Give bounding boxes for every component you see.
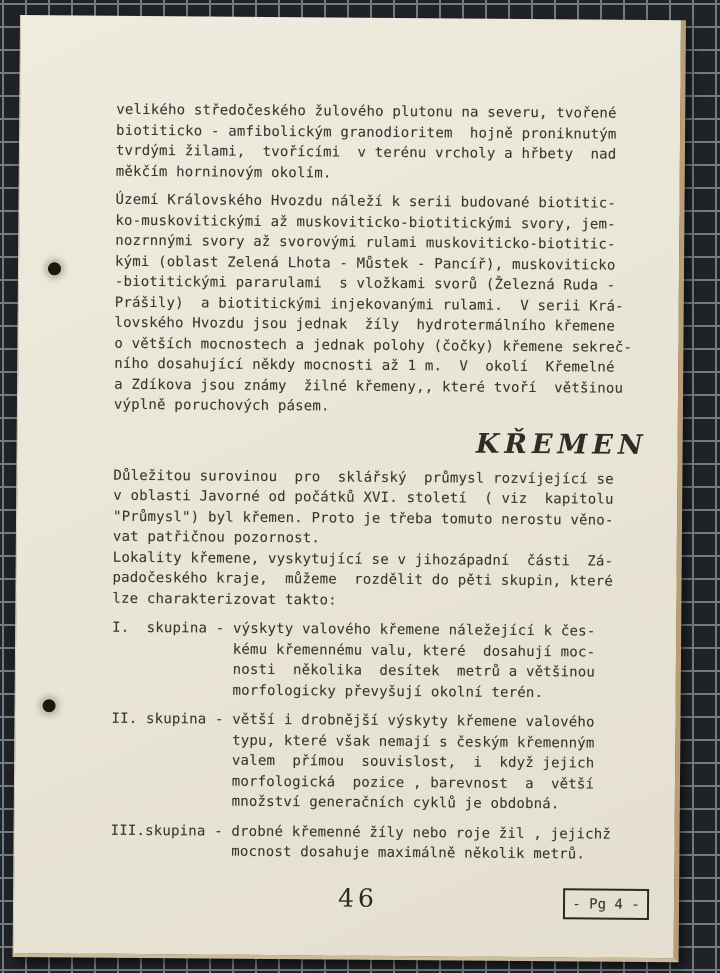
- paragraph-kralovsky-hvozd: Území Královského Hvozdu náleží k serii …: [114, 190, 654, 420]
- paragraph-pluton: velikého středočeského žulového plutonu …: [116, 100, 655, 186]
- page-content: velikého středočeského žulového plutonu …: [110, 100, 654, 874]
- punch-hole-top: [48, 262, 61, 275]
- list-item-skupina-2: II. skupina - větší i drobnější výskyty …: [111, 709, 650, 816]
- paragraph-lokality-kremene: Lokality křemene, vyskytující se v jihoz…: [112, 547, 650, 613]
- document-page: velikého středočeského žulového plutonu …: [13, 15, 686, 962]
- desk-background: { "colors": { "background": "#1f2226", "…: [0, 0, 720, 973]
- list-item-skupina-1: I. skupina - výskyty valového křemene ná…: [112, 618, 651, 704]
- punch-hole-bottom: [43, 699, 56, 712]
- section-heading-kremen: KŘEMEN: [114, 424, 648, 462]
- page-number: 46: [338, 884, 378, 913]
- pg-label: - Pg 4 -: [572, 896, 640, 913]
- pg-label-box: - Pg 4 -: [563, 888, 649, 920]
- paragraph-dulezitou-surovinou: Důležitou surovinou pro sklářský průmysl…: [113, 465, 652, 551]
- list-item-skupina-3: III.skupina - drobné křemenné žíly nebo …: [110, 820, 648, 865]
